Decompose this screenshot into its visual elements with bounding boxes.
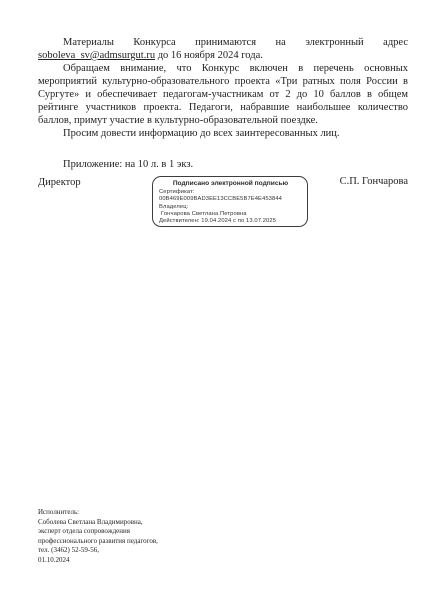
attachment-note: Приложение: на 10 л. в 1 экз. <box>38 158 408 171</box>
executor-name: Соболева Светлана Владимировна, <box>38 518 158 528</box>
executor-block: Исполнитель: Соболева Светлана Владимиро… <box>38 508 158 566</box>
document-date: 01.10.2024 <box>38 556 158 566</box>
stamp-title: Подписано электронной подписью <box>159 180 302 187</box>
executor-label: Исполнитель: <box>38 508 158 518</box>
digital-signature-stamp: Подписано электронной подписью Сертифика… <box>152 176 308 227</box>
letter-body: Материалы Конкурса принимаются на электр… <box>38 36 408 171</box>
email-link[interactable]: soboleva_sv@admsurgut.ru <box>38 50 155 61</box>
paragraph-materials-tail: до 16 ноября 2024 года. <box>155 50 263 61</box>
letter-page: Материалы Конкурса принимаются на электр… <box>0 0 424 600</box>
executor-title-line1: эксперт отдела сопровождения <box>38 527 158 537</box>
executor-title-line2: профессионального развития педагогов, <box>38 537 158 547</box>
paragraph-attention: Обращаем внимание, что Конкурс включен в… <box>38 62 408 127</box>
stamp-certificate-label: Сертификат: <box>159 189 302 196</box>
signer-name: С.П. Гончарова <box>340 176 408 187</box>
executor-phone: тел. (3462) 52-59-56, <box>38 546 158 556</box>
stamp-validity: Действителен: 19.04.2024 с по 13.07.2025 <box>159 218 302 225</box>
paragraph-materials: Материалы Конкурса принимаются на электр… <box>38 36 408 62</box>
stamp-owner-label: Владелец: <box>159 204 302 211</box>
stamp-certificate-number: 00B469E009BAD3EE13CCBE5B7E4E453844 <box>159 196 302 203</box>
signer-position-label: Директор <box>38 177 81 188</box>
paragraph-materials-text: Материалы Конкурса принимаются на электр… <box>63 37 408 48</box>
paragraph-request: Просим довести информацию до всех заинте… <box>38 127 408 140</box>
